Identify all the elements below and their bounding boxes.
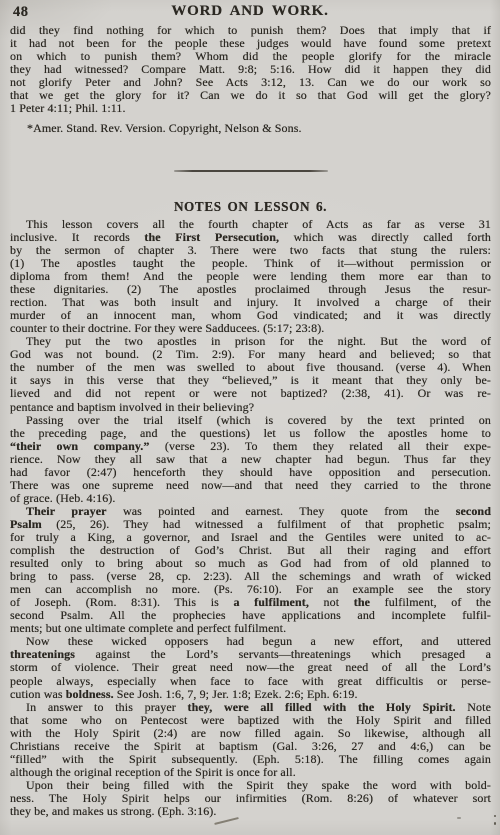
emphasis-text: threatenings	[10, 647, 75, 661]
text-line: had favor (2:47) henceforth they should …	[10, 466, 491, 479]
text-line: that some who on Pentecost were baptized…	[10, 714, 491, 727]
text-line: although the original reception of the S…	[10, 766, 491, 779]
scan-speck	[494, 815, 496, 817]
text-line: pentance and baptism involved in their b…	[10, 401, 491, 414]
emphasis-text: second	[456, 504, 491, 518]
text-line: Their prayer was pointed and earnest. Th…	[10, 505, 491, 518]
document-page: 48 WORD AND WORK. did they find nothing …	[0, 0, 500, 835]
text-line: rience. Now they all saw that a new chap…	[10, 453, 491, 466]
text-line: “their own company.” (verse 23). To them…	[10, 440, 491, 453]
text-line: they be, and makes us strong. (Eph. 3:16…	[10, 805, 491, 818]
pencil-mark	[214, 817, 239, 825]
paragraph: did they find nothing for which to punis…	[10, 24, 491, 115]
text-line: with the Holy Spirit (2:4) are now fille…	[10, 727, 491, 740]
text-line: There was one supreme need now—and that …	[10, 479, 491, 492]
paragraph: This lesson covers all the fourth chapte…	[10, 218, 491, 335]
paragraph: In answer to this prayer they, were all …	[10, 701, 491, 779]
section-divider	[174, 170, 328, 172]
text-line: Passing over the trial itself (which is …	[10, 414, 491, 427]
scan-speck	[494, 822, 496, 825]
text-line: that we get the glory for it? Can we do …	[10, 89, 491, 102]
text-line: 1 Peter 4:11; Phil. 1:11.	[10, 102, 491, 115]
text-line: inclusive. It records the First Persecut…	[10, 231, 491, 244]
text-line: not glorify Peter and John? See Acts 3:1…	[10, 76, 491, 89]
text-line: storm of violence. Their great need now—…	[10, 661, 491, 674]
text-line: it had not been for the people these jud…	[10, 37, 491, 50]
text-line: on which to punish them? Whom did the pe…	[10, 50, 491, 63]
text-line: “filled” with the Spirit subsequently. (…	[10, 753, 491, 766]
section-heading: NOTES ON LESSON 6.	[10, 200, 491, 214]
text-line: In answer to this prayer they, were all …	[10, 701, 491, 714]
paragraph: They put the two apostles in prison for …	[10, 335, 491, 413]
emphasis-text: Psalm	[10, 517, 42, 531]
paragraph: Now these wicked opposers had begun a ne…	[10, 635, 491, 700]
text-line: Upon their being filled with the Spirit …	[10, 779, 491, 792]
text-line: did they find nothing for which to punis…	[10, 24, 491, 37]
emphasis-text: Their prayer	[26, 504, 107, 518]
content: did they find nothing for which to punis…	[10, 24, 491, 819]
emphasis-text: boldness.	[66, 687, 114, 701]
emphasis-text: a fulfilment,	[234, 595, 309, 609]
scan-speck	[457, 817, 461, 819]
emphasis-text: “their own company.”	[10, 439, 149, 453]
text-line: Christians receive the Spirit at baptism…	[10, 740, 491, 753]
emphasis-text: the	[354, 595, 370, 609]
text-line: lieved and did not repent or were not ba…	[10, 387, 491, 400]
emphasis-text: they, were all filled with the Holy Spir…	[187, 700, 455, 714]
paragraph: Their prayer was pointed and earnest. Th…	[10, 505, 491, 635]
emphasis-text: the First Persecution,	[144, 230, 279, 244]
paragraph: Upon their being filled with the Spirit …	[10, 779, 491, 818]
footnote: *Amer. Stand. Rev. Version. Copyright, N…	[10, 122, 491, 135]
text-line: they had witnessed? Compare Matt. 9:8; 5…	[10, 63, 491, 76]
page-title: WORD AND WORK.	[0, 3, 500, 20]
paragraph: Passing over the trial itself (which is …	[10, 414, 491, 505]
